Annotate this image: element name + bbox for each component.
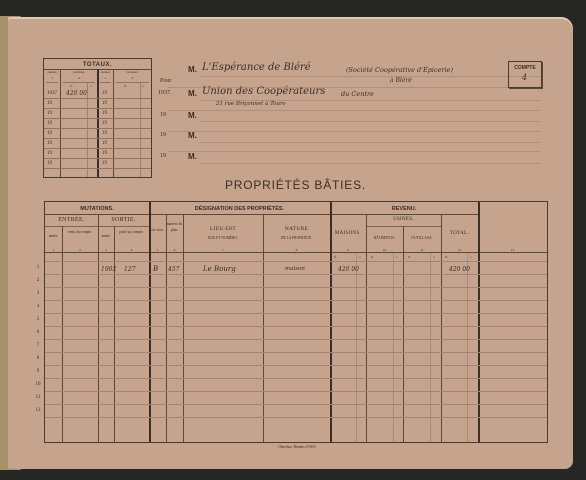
cell-entree-annee: 1902 [101,266,116,273]
col-label: venu du compte. [62,229,98,235]
ledger-page: TOTAUX. années revenus. années revenus. … [8,17,573,469]
owner-name: Union des Coopérateurs [202,86,325,97]
cell-total: 420 00 [449,266,470,273]
owner-detail: (Société Coopérative d'Épicerie) [346,66,453,74]
currency-unit: c. [433,255,435,259]
owner-year: 1937. [158,90,172,96]
row-number: 10 [31,382,45,387]
currency-unit: fr. [70,84,73,88]
totaux-year: 19 [102,151,107,156]
totaux-col-number: 2 [61,76,97,80]
owner-year: 19 [160,112,166,118]
owner-m-label: M. [188,65,197,74]
currency-unit: c. [142,84,144,88]
totaux-col-header: années [44,70,60,74]
totaux-year: 19 [102,101,107,106]
cell-nature: maison [285,266,305,272]
totaux-year: 19 [102,141,107,146]
totaux-box: TOTAUX. années revenus. années revenus. … [43,58,152,178]
row-number: 1 [31,265,45,270]
printer-imprint: Oberthur, Rennes (1910) [278,445,316,449]
compte-value: 4 [522,73,527,82]
currency-unit: fr. [445,255,448,259]
section-title: PROPRIÉTÉS BÂTIES. [8,178,583,192]
totaux-year: 19 [47,131,52,136]
col-label-nature: NATURE [263,226,330,232]
row-number: 8 [31,356,45,361]
col-label-maisons: MAISONS. [330,231,366,236]
cell-lieu-dit: Le Bourg [203,265,236,273]
col-label: année. [98,233,114,239]
group-revenu: REVENU. [330,206,478,212]
currency-unit: c. [90,84,92,88]
currency-unit: c. [470,255,472,259]
owner-year: 19 [160,153,166,159]
compte-box: COMPTE 4 [508,61,542,88]
totaux-col-number: 1 [44,76,60,80]
cell-maisons: 420 00 [338,266,359,273]
currency-unit: c. [359,255,361,259]
row-number: 12 [31,408,45,413]
col-label-batiments: BÂTIMENTS. [366,235,403,241]
row-number: 3 [31,291,45,296]
owner-m-label: M. [188,131,197,140]
currency-unit: fr. [408,255,411,259]
owner-m-label: M. [188,111,197,120]
col-sublabel: RUE ET NUMÉRO. [183,235,263,241]
row-number: 11 [31,395,45,400]
pour-label: Pour [160,78,171,84]
subgroup-usines: USINES. [366,217,441,222]
totaux-year: 19 [47,151,52,156]
totaux-col-number: 2 [114,76,151,80]
totaux-col-header: années [98,70,113,74]
totaux-year: 1937 [47,91,57,96]
col-label-outillage: OUTILLAGE. [403,235,441,241]
col-label: passé au compte. [114,229,149,235]
totaux-year: 19 [47,161,52,166]
totaux-year: 19 [47,141,52,146]
totaux-year: 19 [102,161,107,166]
owner-sub: à Bléré [390,77,412,84]
group-mutations: MUTATIONS. [45,206,149,212]
compte-label: COMPTE [509,65,541,71]
row-number: 9 [31,369,45,374]
cell-plan: 457 [168,266,179,273]
totaux-year: 19 [102,111,107,116]
totaux-year: 19 [102,91,107,96]
totaux-col-number: 1 [98,76,113,80]
row-number: 4 [31,304,45,309]
row-number: 5 [31,317,45,322]
currency-unit: fr. [334,255,337,259]
currency-unit: fr. [371,255,374,259]
totaux-col-header: revenus. [61,70,97,74]
totaux-revenue: 420 00 [66,90,87,97]
properties-table: MUTATIONS. DÉSIGNATION DES PROPRIÉTÉS. R… [44,201,548,443]
owner-m-label: M. [188,152,197,161]
totaux-year: 19 [47,121,52,126]
currency-unit: c. [396,255,398,259]
owner-m-label: M. [188,89,197,98]
owner-detail: du Centre [341,90,374,98]
col-label-lieu-dit: LIEU-DIT [183,226,263,232]
totaux-year: 19 [47,101,52,106]
totaux-year: 19 [102,131,107,136]
col-label-total: TOTAL. [441,231,478,236]
col-label: année. [45,233,62,239]
row-number: 2 [31,278,45,283]
totaux-year: 19 [47,111,52,116]
subgroup-sortie: SORTIE. [98,217,149,223]
subgroup-entree: ENTRÉE. [45,217,98,223]
cell-section: B [153,265,158,273]
col-label: sec-tion. [149,227,166,233]
owner-name: L'Espérance de Bléré [202,62,311,73]
col-label: numéro du plan. [166,221,183,233]
totaux-year: 19 [102,121,107,126]
owner-year: 19 [160,132,166,138]
group-designation: DÉSIGNATION DES PROPRIÉTÉS. [149,206,330,212]
totaux-col-header: revenus. [114,70,151,74]
owner-sub: 21 rue Briçonnet à Tours [216,101,286,107]
row-number: 6 [31,330,45,335]
row-number: 7 [31,343,45,348]
totaux-title: TOTAUX. [44,62,151,68]
col-sublabel: DE LA PROPRIÉTÉ. [263,235,330,241]
currency-unit: fr. [124,84,127,88]
cell-entree-compte: 127 [124,266,135,273]
